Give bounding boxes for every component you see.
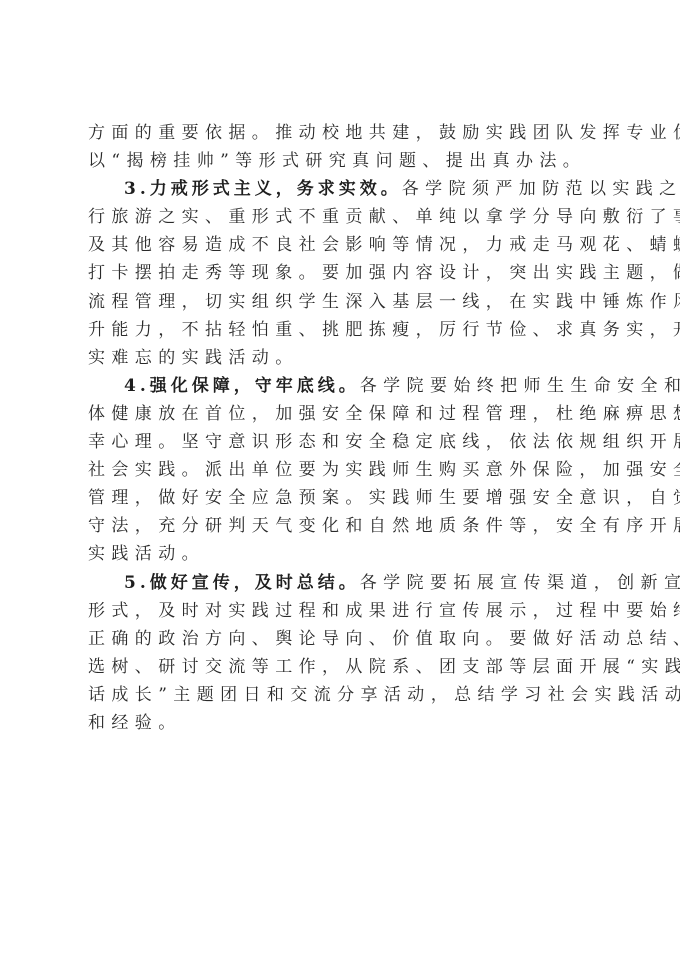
- text-line: 实难忘的实践活动。: [88, 344, 594, 372]
- text-line: 方面的重要依据。推动校地共建，鼓励实践团队发挥专业优势，: [88, 119, 594, 147]
- text-line: 体健康放在首位，加强安全保障和过程管理，杜绝麻痹思想、侥: [88, 400, 594, 428]
- text-line: 实践活动。: [88, 540, 594, 568]
- text-run: 各学院要拓展宣传渠道，创新宣传: [360, 573, 680, 593]
- text-line: 打卡摆拍走秀等现象。要加强内容设计，突出实践主题，做好全: [88, 259, 594, 287]
- paragraph-item-4: 4.强化保障，守牢底线。各学院要始终把师生生命安全和身 体健康放在首位，加强安全…: [88, 372, 594, 569]
- text-line: 守法，充分研判天气变化和自然地质条件等，安全有序开展社会: [88, 512, 594, 540]
- text-line: 话成长”主题团日和交流分享活动，总结学习社会实践活动成效: [88, 681, 594, 709]
- document-page: 方面的重要依据。推动校地共建，鼓励实践团队发挥专业优势， 以“揭榜挂帅”等形式研…: [88, 119, 594, 737]
- paragraph-item-5: 5.做好宣传，及时总结。各学院要拓展宣传渠道，创新宣传 形式，及时对实践过程和成…: [88, 569, 594, 738]
- text-line: 4.强化保障，守牢底线。各学院要始终把师生生命安全和身: [88, 372, 594, 400]
- paragraph-item-3: 3.力戒形式主义，务求实效。各学院须严加防范以实践之名 行旅游之实、重形式不重贡…: [88, 175, 594, 372]
- item-heading: 3.力戒形式主义，务求实效。: [124, 179, 402, 199]
- text-line: 选树、研讨交流等工作，从院系、团支部等层面开展“实践归来: [88, 653, 594, 681]
- text-line: 5.做好宣传，及时总结。各学院要拓展宣传渠道，创新宣传: [88, 569, 594, 597]
- text-line: 社会实践。派出单位要为实践师生购买意外保险，加强安全教育: [88, 456, 594, 484]
- text-line: 及其他容易造成不良社会影响等情况，力戒走马观花、蜻蜓点水、: [88, 231, 594, 259]
- text-line: 3.力戒形式主义，务求实效。各学院须严加防范以实践之名: [88, 175, 594, 203]
- text-line: 管理，做好安全应急预案。实践师生要增强安全意识，自觉遵纪: [88, 484, 594, 512]
- text-line: 升能力，不拈轻怕重、挑肥拣瘦，厉行节俭、求真务实，开展充: [88, 316, 594, 344]
- paragraph-continuation: 方面的重要依据。推动校地共建，鼓励实践团队发挥专业优势， 以“揭榜挂帅”等形式研…: [88, 119, 594, 175]
- item-heading: 5.做好宣传，及时总结。: [124, 573, 360, 593]
- text-run: 各学院要始终把师生生命安全和身: [360, 376, 680, 396]
- text-line: 流程管理，切实组织学生深入基层一线，在实践中锤炼作风、提: [88, 288, 594, 316]
- text-line: 幸心理。坚守意识形态和安全稳定底线，依法依规组织开展各项: [88, 428, 594, 456]
- text-line: 和经验。: [88, 709, 594, 737]
- item-heading: 4.强化保障，守牢底线。: [124, 376, 360, 396]
- text-line: 形式，及时对实践过程和成果进行宣传展示，过程中要始终坚持: [88, 597, 594, 625]
- text-line: 行旅游之实、重形式不重贡献、单纯以拿学分导向敷衍了事、以: [88, 203, 594, 231]
- text-line: 以“揭榜挂帅”等形式研究真问题、提出真办法。: [88, 147, 594, 175]
- text-run: 各学院须严加防范以实践之名: [402, 179, 680, 199]
- text-line: 正确的政治方向、舆论导向、价值取向。要做好活动总结、典型: [88, 625, 594, 653]
